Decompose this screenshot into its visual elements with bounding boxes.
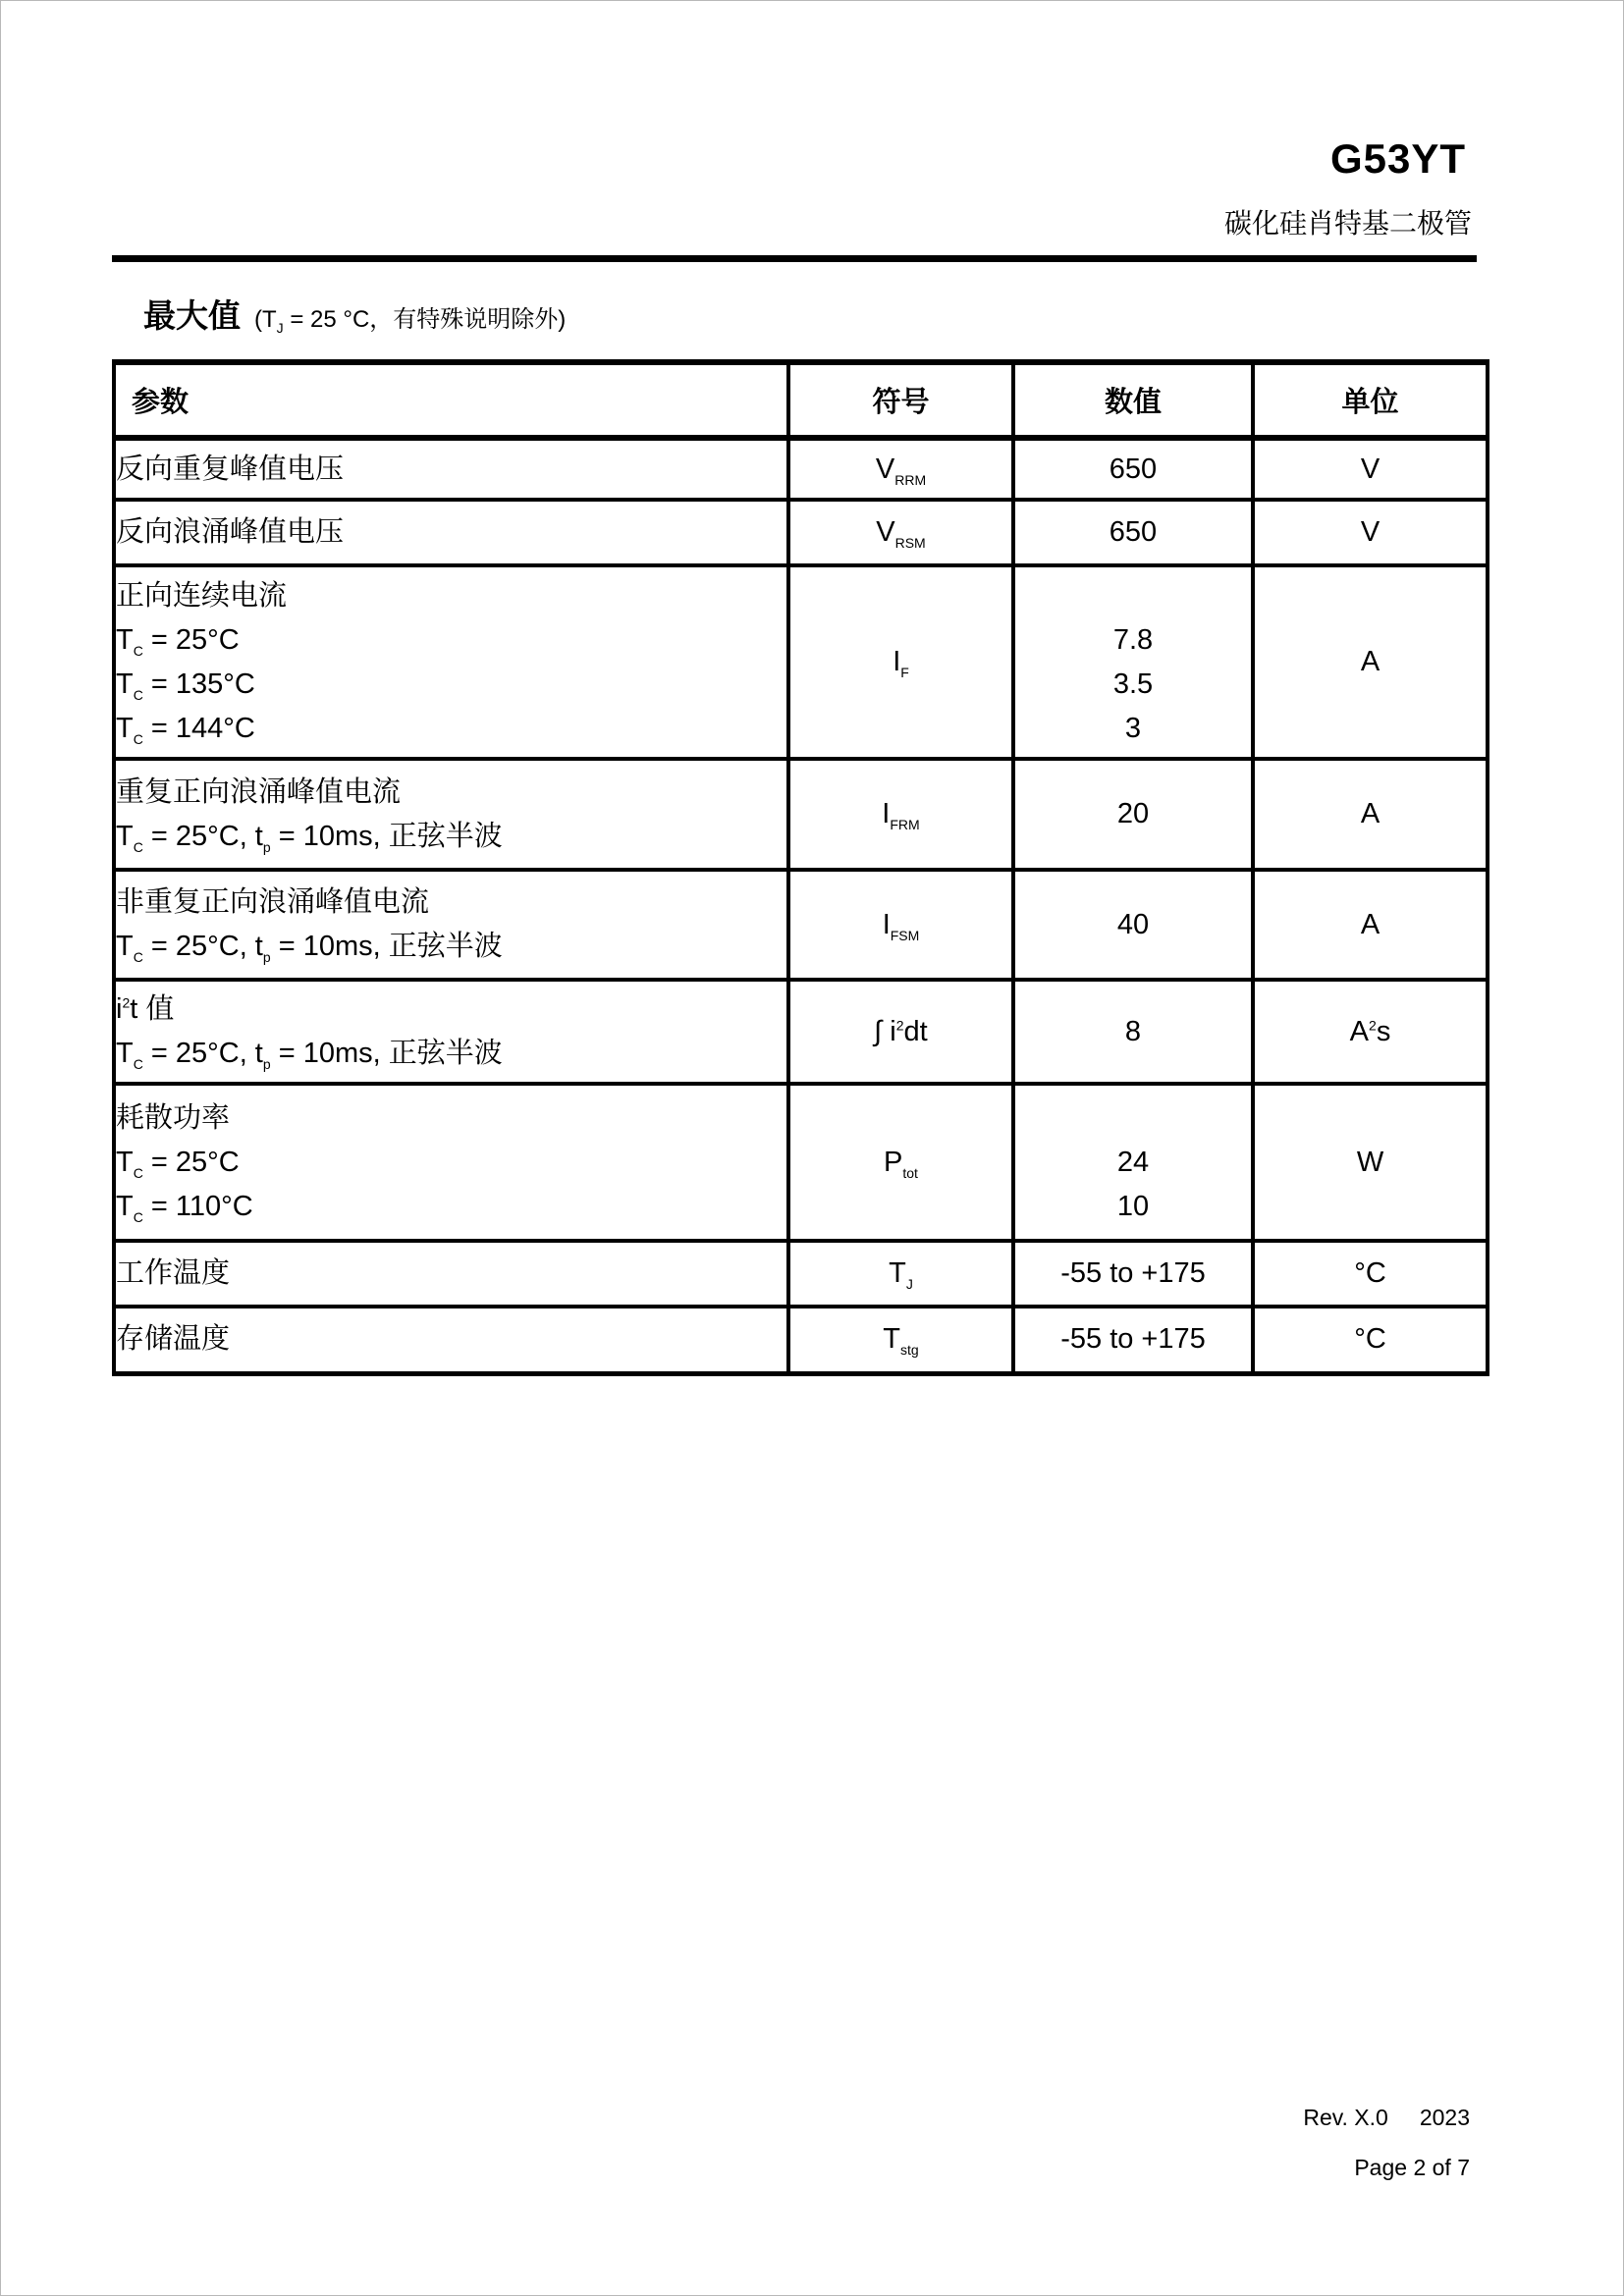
unit-cell: V (1253, 500, 1488, 565)
unit-cell: A2s (1253, 980, 1488, 1084)
parameter-cell: 非重复正向浪涌峰值电流TC = 25°C, tp = 10ms, 正弦半波 (114, 870, 788, 980)
unit-cell: V (1253, 438, 1488, 500)
table-row: 工作温度TJ-55 to +175°C (114, 1241, 1488, 1307)
unit-cell: W (1253, 1084, 1488, 1241)
table-row: 耗散功率TC = 25°CTC = 110°CPtot2410W (114, 1084, 1488, 1241)
revision-info: Rev. X.02023 (1303, 2102, 1470, 2133)
symbol-cell: IFRM (788, 759, 1013, 870)
revision-label: Rev. X.0 (1303, 2105, 1388, 2130)
parameter-cell: 反向浪涌峰值电压 (114, 500, 788, 565)
column-header: 参数 (114, 362, 788, 438)
symbol-cell: IF (788, 565, 1013, 759)
table-row: 重复正向浪涌峰值电流TC = 25°C, tp = 10ms, 正弦半波IFRM… (114, 759, 1488, 870)
unit-cell: A (1253, 565, 1488, 759)
symbol-cell: VRRM (788, 438, 1013, 500)
value-cell: 650 (1013, 438, 1253, 500)
table-header-row: 参数符号数值单位 (114, 362, 1488, 438)
header-divider (112, 255, 1477, 262)
unit-cell: °C (1253, 1307, 1488, 1373)
section-condition-note: (TJ = 25 °C，有特殊说明除外) (254, 306, 566, 333)
value-cell: 8 (1013, 980, 1253, 1084)
section-heading: 最大值(TJ = 25 °C，有特殊说明除外) (143, 294, 566, 345)
unit-cell: A (1253, 759, 1488, 870)
value-cell: -55 to +175 (1013, 1241, 1253, 1307)
parameter-cell: 反向重复峰值电压 (114, 438, 788, 500)
table-row: 反向重复峰值电压VRRM650V (114, 438, 1488, 500)
value-cell: -55 to +175 (1013, 1307, 1253, 1373)
value-cell: 7.83.53 (1013, 565, 1253, 759)
symbol-cell: Ptot (788, 1084, 1013, 1241)
section-title: 最大值 (143, 297, 241, 334)
value-cell: 650 (1013, 500, 1253, 565)
unit-cell: A (1253, 870, 1488, 980)
max-ratings-table: 参数符号数值单位 反向重复峰值电压VRRM650V反向浪涌峰值电压VRSM650… (112, 359, 1489, 1376)
parameter-cell: i2t 值TC = 25°C, tp = 10ms, 正弦半波 (114, 980, 788, 1084)
parameter-cell: 正向连续电流TC = 25°CTC = 135°CTC = 144°C (114, 565, 788, 759)
column-header: 单位 (1253, 362, 1488, 438)
column-header: 数值 (1013, 362, 1253, 438)
datasheet-page: G53YT 碳化硅肖特基二极管 最大值(TJ = 25 °C，有特殊说明除外) … (0, 0, 1624, 2296)
symbol-cell: TJ (788, 1241, 1013, 1307)
parameter-cell: 存储温度 (114, 1307, 788, 1373)
revision-year: 2023 (1420, 2105, 1470, 2130)
parameter-cell: 重复正向浪涌峰值电流TC = 25°C, tp = 10ms, 正弦半波 (114, 759, 788, 870)
table-row: i2t 值TC = 25°C, tp = 10ms, 正弦半波∫ i2dt8A2… (114, 980, 1488, 1084)
table-row: 存储温度Tstg-55 to +175°C (114, 1307, 1488, 1373)
table-row: 反向浪涌峰值电压VRSM650V (114, 500, 1488, 565)
product-title: G53YT (1330, 134, 1466, 184)
table-row: 非重复正向浪涌峰值电流TC = 25°C, tp = 10ms, 正弦半波IFS… (114, 870, 1488, 980)
product-subtitle: 碳化硅肖特基二极管 (1224, 205, 1472, 242)
parameter-cell: 工作温度 (114, 1241, 788, 1307)
value-cell: 20 (1013, 759, 1253, 870)
ratings-table-body: 反向重复峰值电压VRRM650V反向浪涌峰值电压VRSM650V正向连续电流TC… (114, 438, 1488, 1373)
symbol-cell: IFSM (788, 870, 1013, 980)
symbol-cell: ∫ i2dt (788, 980, 1013, 1084)
symbol-cell: VRSM (788, 500, 1013, 565)
page-number: Page 2 of 7 (1354, 2152, 1470, 2183)
symbol-cell: Tstg (788, 1307, 1013, 1373)
unit-cell: °C (1253, 1241, 1488, 1307)
table-row: 正向连续电流TC = 25°CTC = 135°CTC = 144°CIF7.8… (114, 565, 1488, 759)
column-header: 符号 (788, 362, 1013, 438)
value-cell: 2410 (1013, 1084, 1253, 1241)
value-cell: 40 (1013, 870, 1253, 980)
parameter-cell: 耗散功率TC = 25°CTC = 110°C (114, 1084, 788, 1241)
